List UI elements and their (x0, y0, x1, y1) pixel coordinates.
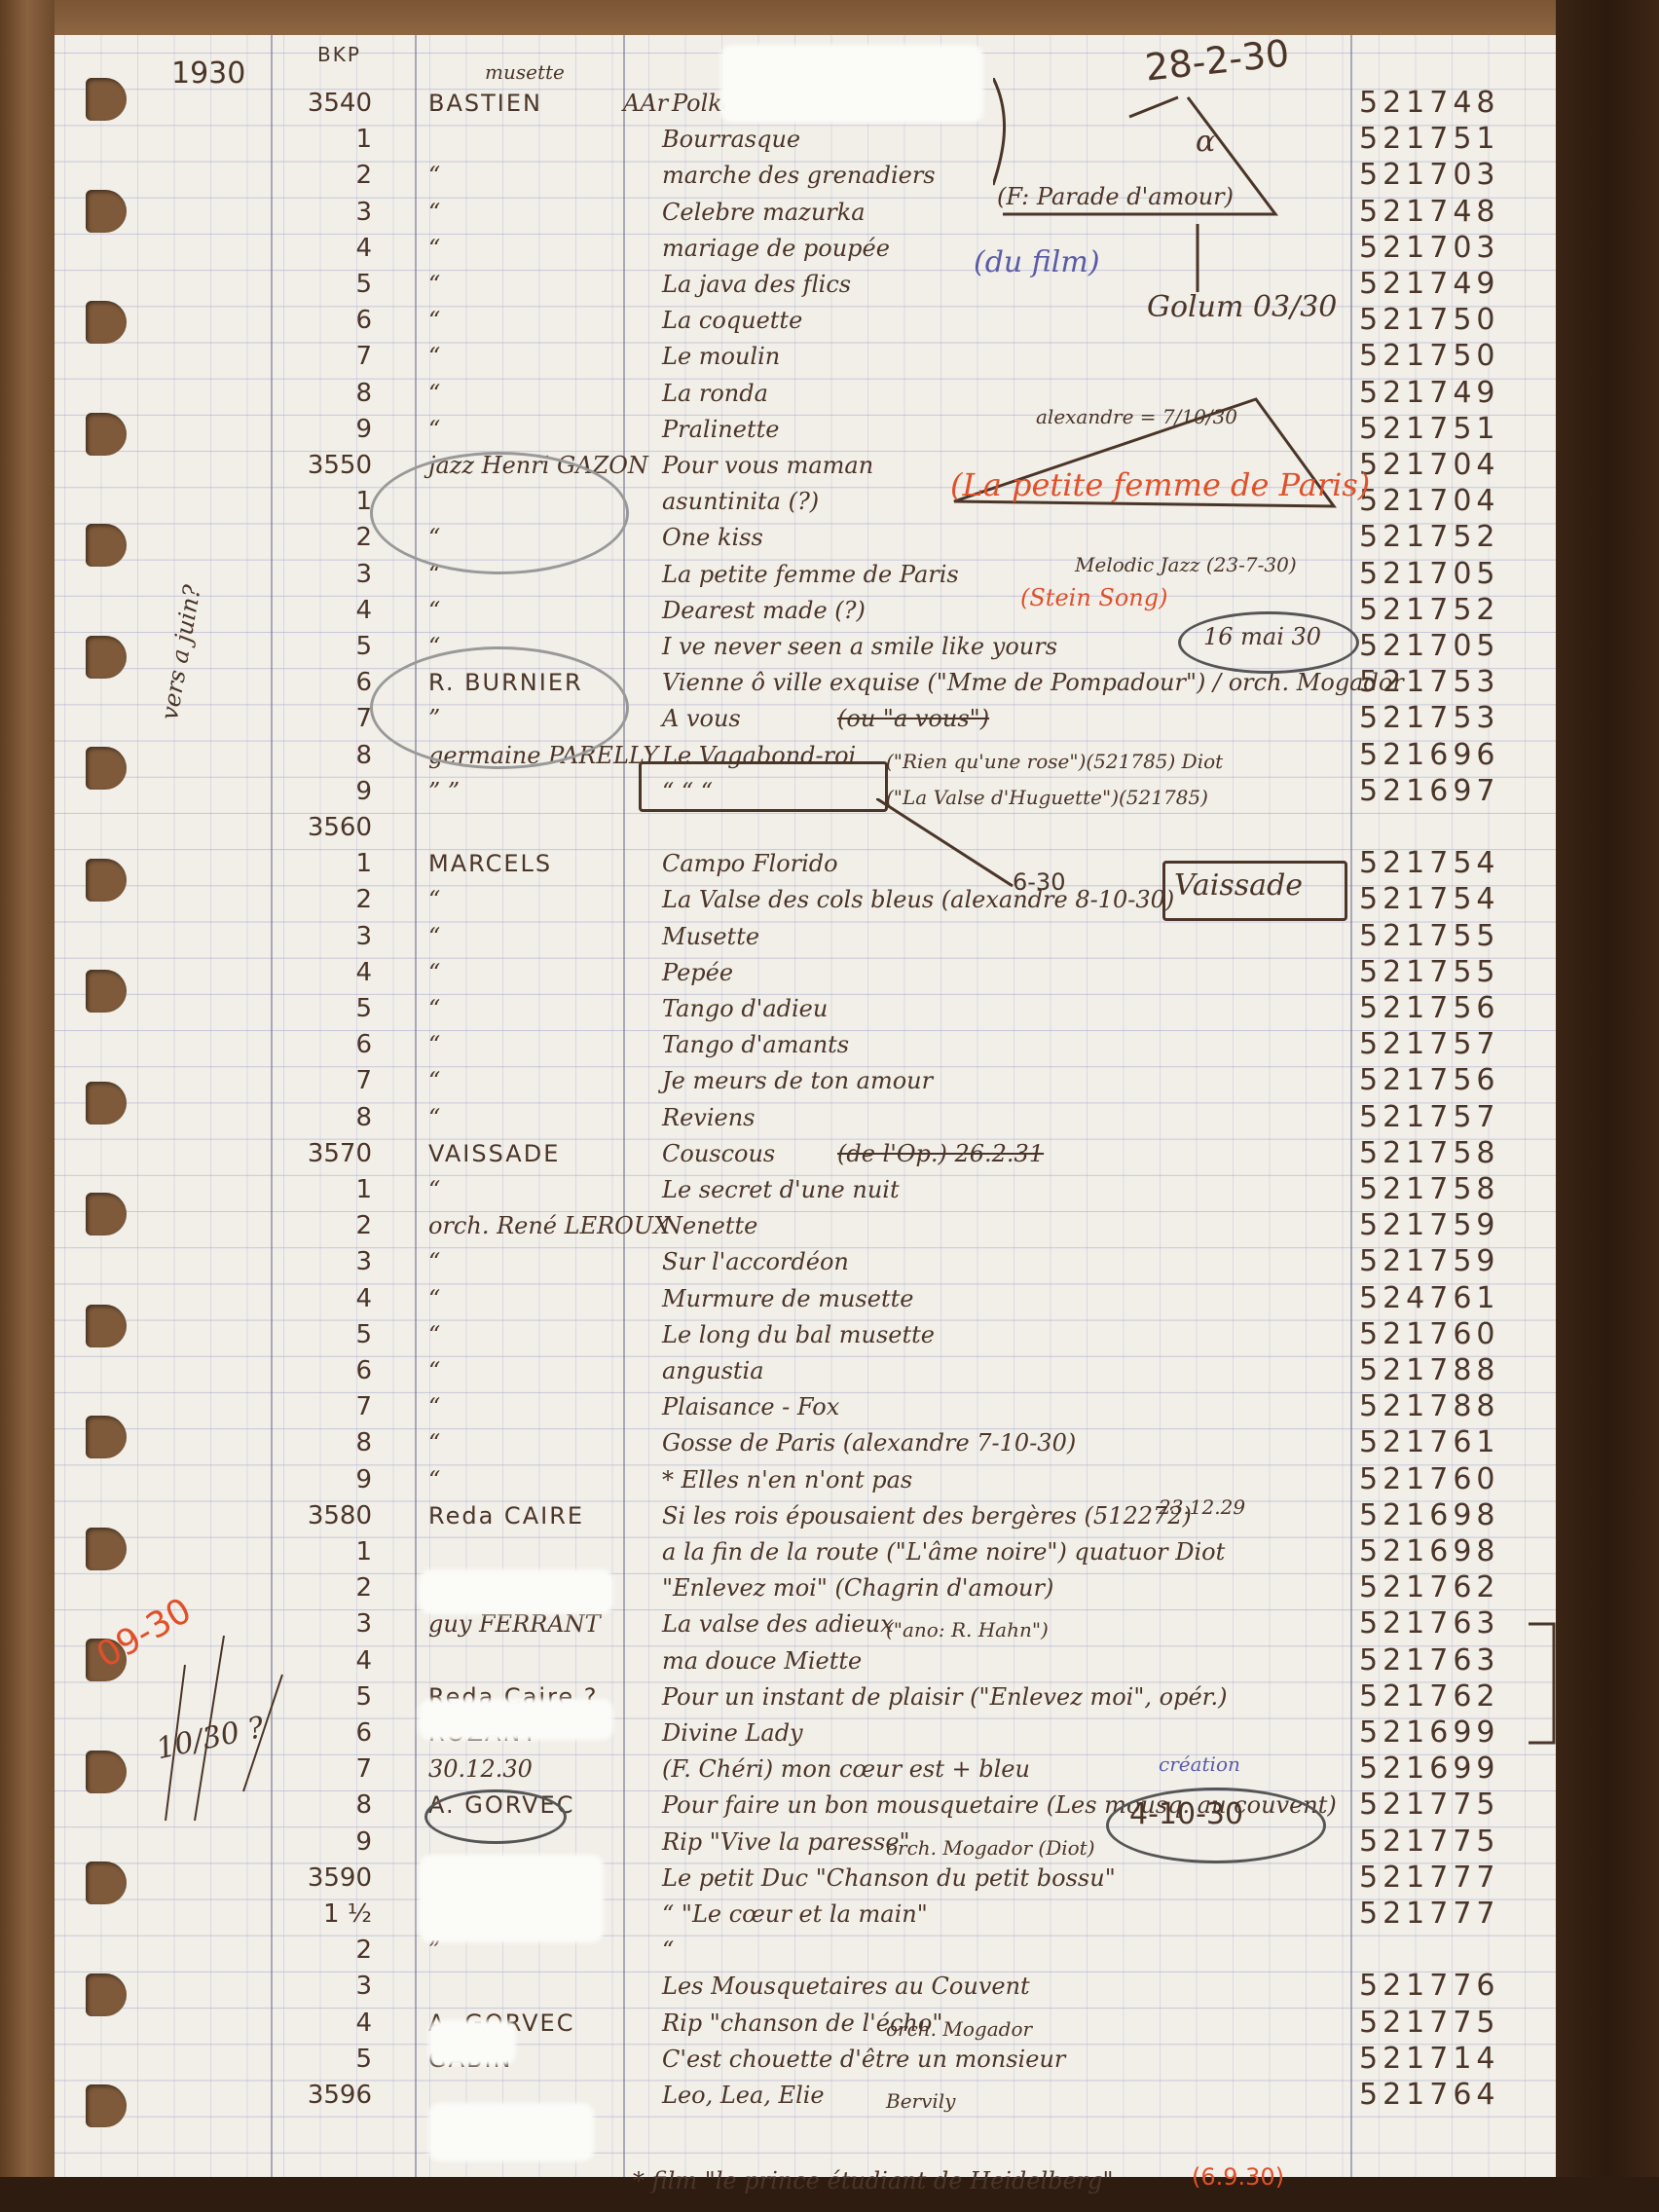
annotation-golum: Golum 03/30 (1147, 290, 1337, 325)
ledger-row-artist: Reda CAIRE (428, 1498, 584, 1533)
annotation-circle (424, 1789, 567, 1844)
binder-hole (86, 1416, 127, 1458)
annotation-16-mai-30: 16 mai 30 (1203, 619, 1321, 654)
ledger-row-title: * Elles n'en n'ont pas (662, 1462, 912, 1497)
ledger-row-number: 2 (265, 520, 372, 555)
ledger-row-title: Nenette (662, 1208, 757, 1243)
ledger-row-reference: 521714 (1359, 2042, 1500, 2077)
desk-surface-top (0, 0, 1659, 35)
ledger-row-title: I ve never seen a smile like yours (662, 629, 1057, 664)
binder-hole (86, 301, 127, 344)
ledger-row-title: Le petit Duc "Chanson du petit bossu" (662, 1861, 1116, 1896)
ledger-row-title: Le moulin (662, 339, 780, 374)
ledger-row-reference: 521705 (1359, 629, 1500, 664)
ledger-row-title-note: ("Rien qu'une rose")(521785) Diot (886, 744, 1223, 779)
annotation-date-231229: 23.12.29 (1159, 1490, 1245, 1525)
ledger-row-number: 3540 (265, 86, 372, 121)
ledger-row-number: 3 (265, 1969, 372, 2004)
ledger-row-reference: 521704 (1359, 484, 1500, 519)
catalog-header: BKP (317, 37, 361, 72)
ledger-row-reference: 521751 (1359, 412, 1500, 447)
ledger-row-title: La petite femme de Paris (662, 557, 959, 592)
ledger-row-number: 1 (265, 1534, 372, 1569)
binder-hole (86, 190, 127, 233)
ledger-row-reference: 521777 (1359, 1897, 1500, 1932)
ledger-row-reference: 521764 (1359, 2078, 1500, 2113)
ledger-row-number: 8 (265, 1100, 372, 1135)
ledger-row-number: 3580 (265, 1498, 372, 1533)
ledger-row-title: La valse des adieux (662, 1606, 894, 1641)
ledger-row-number: 4 (265, 1281, 372, 1316)
ledger-row-artist: VAISSADE (428, 1136, 560, 1171)
ledger-row-number: 6 (265, 665, 372, 700)
column-rule-title (1350, 35, 1352, 2177)
ledger-row-reference: 521749 (1359, 376, 1500, 411)
binder-hole (86, 2084, 127, 2127)
annotation-circle (370, 646, 629, 769)
ledger-row-reference: 521761 (1359, 1425, 1500, 1460)
ledger-row-title: Leo, Lea, Elie (662, 2078, 825, 2113)
ledger-row-artist: BASTIEN (428, 86, 542, 121)
ledger-row-reference: 521763 (1359, 1643, 1500, 1678)
ledger-row-title: Je meurs de ton amour (662, 1063, 933, 1098)
binder-hole (86, 859, 127, 902)
ledger-row-number: 8 (265, 376, 372, 411)
ledger-row-reference: 521760 (1359, 1317, 1500, 1352)
ledger-row-reference: 521752 (1359, 520, 1500, 555)
ledger-row-title: "Enlevez moi" (Chagrin d'amour) (662, 1570, 1053, 1605)
ledger-row-title: Tango d'adieu (662, 991, 828, 1026)
ledger-row-number: 1 (265, 484, 372, 519)
ledger-row-artist: “ (428, 882, 440, 917)
ledger-row-number: 7 (265, 1389, 372, 1424)
correction-fluid-patch (419, 1699, 613, 1740)
column-rule-artist (623, 35, 625, 2177)
ledger-row-reference: 521705 (1359, 557, 1500, 592)
ledger-row-reference: 521762 (1359, 1679, 1500, 1714)
ledger-row-reference: 521754 (1359, 846, 1500, 881)
ledger-row-title: Reviens (662, 1100, 755, 1135)
footnote-date: (6.9.30) (1192, 2159, 1284, 2194)
ledger-row-number: 3 (265, 1244, 372, 1279)
ledger-row-number: 7 (265, 339, 372, 374)
ledger-row-artist: “ (428, 267, 440, 302)
ledger-row-number: 4 (265, 955, 372, 990)
ledger-row-title-note: Bervily (886, 2083, 955, 2119)
ledger-row-number: 5 (265, 2042, 372, 2077)
ledger-row-reference: 521777 (1359, 1861, 1500, 1896)
annotation-stein-song: (Stein Song) (1020, 580, 1168, 615)
ledger-row-number: 8 (265, 738, 372, 773)
ledger-row-number: 2 (265, 882, 372, 917)
ledger-row-title: Pour un instant de plaisir ("Enlevez moi… (662, 1679, 1228, 1714)
ledger-row-title: “ (662, 1933, 674, 1968)
ledger-row-number: 3550 (265, 448, 372, 483)
ledger-row-number: 2 (265, 1570, 372, 1605)
ledger-row-title: Murmure de musette (662, 1281, 913, 1316)
ledger-row-reference: 521753 (1359, 701, 1500, 736)
ledger-row-title: Le long du bal musette (662, 1317, 935, 1352)
ledger-row-reference: 521763 (1359, 1606, 1500, 1641)
annotation-du-film: (du film) (974, 245, 1100, 280)
ledger-row-title: Couscous (662, 1136, 775, 1171)
ledger-row-title: Divine Lady (662, 1715, 803, 1751)
ledger-row-title: Musette (662, 919, 759, 954)
ledger-row-reference: 521757 (1359, 1100, 1500, 1135)
ledger-row-number: 3596 (265, 2078, 372, 2113)
ledger-row-number: 1 (265, 846, 372, 881)
binder-hole (86, 78, 127, 121)
ledger-row-number: 4 (265, 231, 372, 266)
ledger-row-reference: 521698 (1359, 1534, 1500, 1569)
ledger-row-title: La java des flics (662, 267, 851, 302)
binder-hole (86, 1193, 127, 1235)
ledger-row-reference: 521788 (1359, 1353, 1500, 1388)
annotation-alpha: α (1196, 125, 1215, 160)
ledger-row-number: 4 (265, 2006, 372, 2041)
ledger-row-reference: 521699 (1359, 1751, 1500, 1787)
ledger-row-title: One kiss (662, 520, 763, 555)
ledger-row-title: marche des grenadiers (662, 158, 936, 193)
ledger-row-reference: 521775 (1359, 1788, 1500, 1823)
ledger-row-number: 9 (265, 774, 372, 809)
annotation-petite-femme-red: (La petite femme de Paris) (950, 467, 1370, 502)
ledger-row-number: 7 (265, 1063, 372, 1098)
ledger-row-number: 5 (265, 991, 372, 1026)
ledger-row-title: asuntinita (?) (662, 484, 819, 519)
ledger-row-artist: “ (428, 955, 440, 990)
binder-hole (86, 413, 127, 456)
ledger-row-artist: “ (428, 412, 440, 447)
ledger-row-reference: 521704 (1359, 448, 1500, 483)
binder-hole (86, 1082, 127, 1124)
ledger-row-artist: “ (428, 231, 440, 266)
ledger-row-artist: “ (428, 1353, 440, 1388)
ledger-row-reference: 521755 (1359, 919, 1500, 954)
ledger-row-number: 3 (265, 195, 372, 230)
ledger-row-number: 1 ½ (265, 1897, 372, 1932)
ledger-row-reference: 521696 (1359, 738, 1500, 773)
ledger-row-title: (F. Chéri) mon cœur est + bleu (662, 1751, 1030, 1787)
ledger-row-reference: 521703 (1359, 158, 1500, 193)
ledger-row-reference: 521757 (1359, 1027, 1500, 1062)
footnote-text: * film "le prince étudiant de Heidelberg… (633, 2163, 1114, 2198)
ledger-row-title: Bourrasque (662, 122, 800, 157)
ledger-row-title: Pepée (662, 955, 733, 990)
ledger-row-title: Le secret d'une nuit (662, 1172, 900, 1207)
ledger-row-artist: “ (428, 303, 440, 338)
ledger-row-reference: 521697 (1359, 774, 1500, 809)
ledger-row-number: 5 (265, 629, 372, 664)
ledger-row-number: 3 (265, 919, 372, 954)
ledger-row-title: Plaisance - Fox (662, 1389, 839, 1424)
ledger-row-artist: “ (428, 1100, 440, 1135)
ledger-row-reference: 521759 (1359, 1244, 1500, 1279)
ledger-row-artist: “ (428, 376, 440, 411)
correction-fluid-patch (428, 2020, 516, 2065)
ledger-row-artist: “ (428, 991, 440, 1026)
ledger-row-reference: 521758 (1359, 1172, 1500, 1207)
ledger-row-artist: “ (428, 919, 440, 954)
ledger-row-artist: “ (428, 195, 440, 230)
annotation-strokes (146, 1636, 302, 1830)
correction-fluid-patch (419, 1569, 613, 1614)
annotation-parade-damour: (F: Parade d'amour) (997, 179, 1234, 214)
ledger-row-reference: 521762 (1359, 1570, 1500, 1605)
binder-hole (86, 1528, 127, 1570)
ledger-row-title: A vous (662, 701, 741, 736)
ledger-row-reference: 521788 (1359, 1389, 1500, 1424)
ledger-row-title: Si les rois épousaient des bergères (512… (662, 1498, 1192, 1533)
annotation-circle (370, 452, 629, 574)
ledger-row-title: angustia (662, 1353, 764, 1388)
ledger-row-reference: 521760 (1359, 1462, 1500, 1497)
ledger-row-artist: “ (428, 1063, 440, 1098)
ledger-row-reference: 521756 (1359, 991, 1500, 1026)
year-label: 1930 (171, 56, 245, 92)
ledger-row-reference: 521749 (1359, 267, 1500, 302)
ledger-row-title: ma douce Miette (662, 1643, 862, 1678)
ledger-row-title-prefix: AAr (623, 86, 668, 121)
ledger-row-reference: 521748 (1359, 195, 1500, 230)
ledger-row-title: a la fin de la route ("L'âme noire") qua… (662, 1534, 1225, 1569)
desk-surface-left (0, 0, 55, 2212)
ledger-row-artist: “ (428, 158, 440, 193)
annotation-bracket (1529, 1616, 1567, 1752)
binder-hole (86, 636, 127, 679)
annotation-melodic-jazz: Melodic Jazz (23-7-30) (1075, 547, 1297, 582)
ledger-row-title: Pralinette (662, 412, 779, 447)
correction-fluid-patch (720, 45, 983, 123)
ledger-row-title: Celebre mazurka (662, 195, 866, 230)
ledger-row-reference: 521756 (1359, 1063, 1500, 1098)
ledger-row-reference: 521775 (1359, 2006, 1500, 2041)
annotation-creation-date: 4-10-30 (1129, 1797, 1243, 1832)
ledger-row-title: Pour vous maman (662, 448, 873, 483)
ledger-row-title: Gosse de Paris (alexandre 7-10-30) (662, 1425, 1076, 1460)
binder-hole (86, 524, 127, 567)
ledger-row-reference: 521751 (1359, 122, 1500, 157)
ledger-row-artist: “ (428, 1389, 440, 1424)
ledger-row-number: 2 (265, 1208, 372, 1243)
ledger-row-number: 9 (265, 412, 372, 447)
annotation-box-vagabond (639, 761, 888, 812)
ledger-row-number: 2 (265, 158, 372, 193)
ledger-row-artist: MARCELS (428, 846, 552, 881)
ledger-row-title: “ "Le cœur et la main" (662, 1897, 928, 1932)
ledger-row-number: 4 (265, 593, 372, 628)
ledger-row-reference: 521755 (1359, 955, 1500, 990)
ledger-row-reference: 521752 (1359, 593, 1500, 628)
correction-fluid-patch (419, 1855, 604, 1942)
ledger-row-title: La coquette (662, 303, 802, 338)
correction-fluid-patch (428, 2103, 594, 2161)
ledger-row-artist: “ (428, 339, 440, 374)
ledger-row-artist-note: musette (485, 55, 565, 90)
binder-hole (86, 1305, 127, 1347)
ledger-row-reference: 521750 (1359, 303, 1500, 338)
ledger-row-title-note: ("ano: R. Hahn") (886, 1612, 1049, 1647)
ledger-row-number: 3 (265, 557, 372, 592)
ledger-row-number: 3560 (265, 810, 372, 845)
ledger-row-artist: 30.12.30 (428, 1751, 533, 1787)
binder-hole (86, 1973, 127, 2016)
ledger-row-reference: 521703 (1359, 231, 1500, 266)
ledger-row-number: 9 (265, 1462, 372, 1497)
ledger-row-reference: 521753 (1359, 665, 1500, 700)
ledger-row-number: 6 (265, 1027, 372, 1062)
ledger-row-artist: ” ” (428, 774, 460, 809)
annotation-vaissade: Vaissade (1174, 868, 1303, 903)
ledger-row-title: C'est chouette d'être un monsieur (662, 2042, 1065, 2077)
ledger-row-reference: 521759 (1359, 1208, 1500, 1243)
annotation-6-30: 6-30 (1013, 865, 1065, 900)
binder-hole (86, 970, 127, 1013)
ledger-row-reference: 521754 (1359, 882, 1500, 917)
column-rule-number (415, 35, 417, 2177)
ledger-row-artist: “ (428, 1317, 440, 1352)
ledger-row-number: 8 (265, 1425, 372, 1460)
ledger-row-title: Campo Florido (662, 846, 838, 881)
ledger-row-artist: “ (428, 1281, 440, 1316)
ledger-row-artist: “ (428, 1462, 440, 1497)
ledger-row-title: Les Mousquetaires au Couvent (662, 1969, 1030, 2004)
annotation-triangle (944, 389, 1353, 526)
ledger-row-number: 2 (265, 1933, 372, 1968)
ledger-row-artist: “ (428, 593, 440, 628)
ledger-row-artist: “ (428, 1027, 440, 1062)
annotation-creation: création (1159, 1747, 1240, 1782)
ledger-row-number: 5 (265, 1317, 372, 1352)
ledger-row-reference: 521698 (1359, 1498, 1500, 1533)
binder-hole (86, 1751, 127, 1793)
binder-hole (86, 1862, 127, 1904)
ledger-row-number: 6 (265, 1353, 372, 1388)
ledger-row-reference: 524761 (1359, 1281, 1500, 1316)
ledger-row-title: Dearest made (?) (662, 593, 866, 628)
ledger-row-reference: 521699 (1359, 1715, 1500, 1751)
ledger-row-artist: “ (428, 1425, 440, 1460)
ledger-row-artist: “ (428, 1244, 440, 1279)
ledger-row-number: 3570 (265, 1136, 372, 1171)
ledger-row-number: 1 (265, 122, 372, 157)
ledger-row-reference: 521758 (1359, 1136, 1500, 1171)
ledger-row-title-struck: (de l'Op.) 26.2.31 (837, 1136, 1044, 1171)
ledger-row-number: 3590 (265, 1861, 372, 1896)
ledger-row-title: Rip "Vive la paresse" (662, 1825, 910, 1860)
ledger-row-artist: orch. René LEROUX (428, 1208, 670, 1243)
ledger-row-number: 6 (265, 303, 372, 338)
ledger-row-number: 7 (265, 701, 372, 736)
ledger-row-title: Tango d'amants (662, 1027, 849, 1062)
ledger-row-number: 5 (265, 267, 372, 302)
ledger-row-title: mariage de poupée (662, 231, 890, 266)
ledger-row-reference: 521750 (1359, 339, 1500, 374)
ledger-row-artist: “ (428, 1172, 440, 1207)
ledger-row-title: Sur l'accordéon (662, 1244, 849, 1279)
ledger-row-reference: 521775 (1359, 1825, 1500, 1860)
binder-hole (86, 747, 127, 790)
desk-surface-right (1556, 0, 1659, 2212)
ledger-row-title: La ronda (662, 376, 768, 411)
ledger-row-title-struck: (ou "a vous") (837, 701, 989, 736)
ledger-row-reference: 521748 (1359, 86, 1500, 121)
ledger-row-number: 1 (265, 1172, 372, 1207)
ledger-row-reference: 521776 (1359, 1969, 1500, 2004)
